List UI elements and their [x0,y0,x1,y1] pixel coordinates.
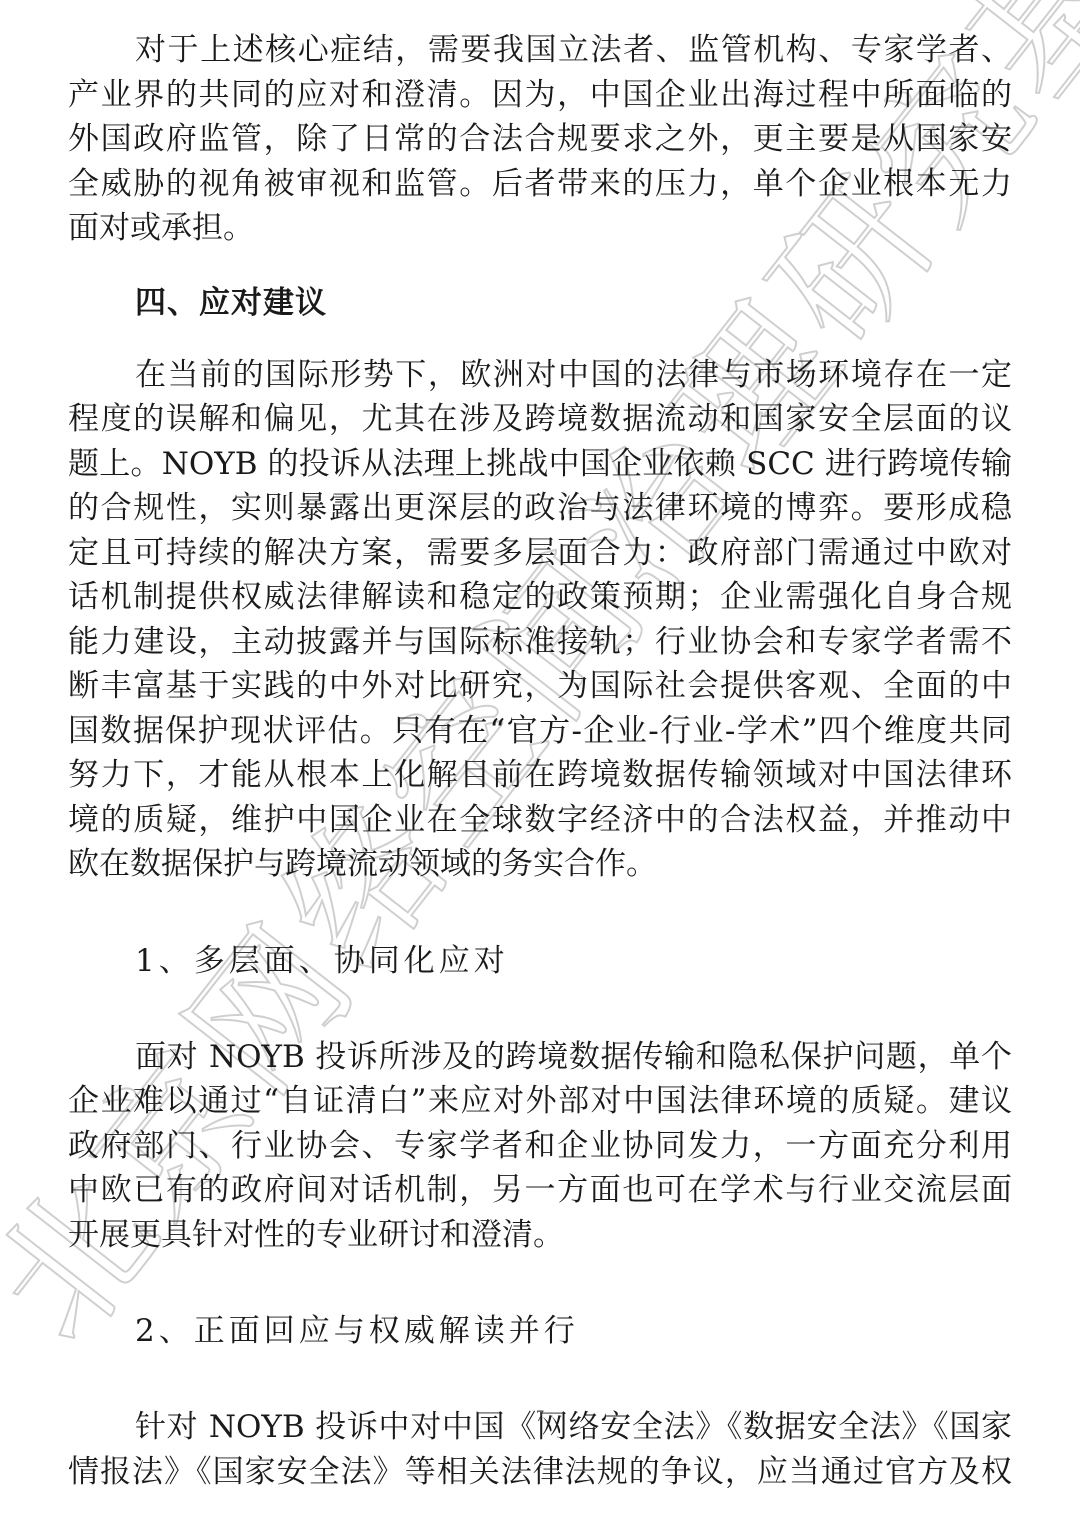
text-line: 面对 NOYB 投诉所涉及的跨境数据传输和隐私保护问题，单个 [68,1035,1012,1080]
text-line: 断丰富基于实践的中外对比研究，为国际社会提供客观、全面的中 [68,664,1012,709]
paragraph-overview: 在当前的国际形势下，欧洲对中国的法律与市场环境存在一定 程度的误解和偏见，尤其在… [68,353,1012,887]
text-line: 题上。NOYB 的投诉从法理上挑战中国企业依赖 SCC 进行跨境传输 [68,442,1012,487]
document-page: 北京网络空间治理研究基地 对于上述核心症结，需要我国立法者、监管机构、专家学者、… [0,0,1080,1527]
text-line: 开展更具针对性的专业研讨和澄清。 [68,1213,1012,1258]
text-line: 定且可持续的解决方案，需要多层面合力：政府部门需通过中欧对 [68,531,1012,576]
text-line: 努力下，才能从根本上化解目前在跨境数据传输领域对中国法律环 [68,753,1012,798]
text-line: 境的质疑，维护中国企业在全球数字经济中的合法权益，并推动中 [68,798,1012,843]
subsection-heading-1: 1、多层面、协同化应对 [68,939,1012,983]
subsection-heading-2: 2、正面回应与权威解读并行 [68,1309,1012,1353]
text-line: 产业界的共同的应对和澄清。因为，中国企业出海过程中所面临的 [68,73,1012,118]
text-line: 企业难以通过“自证清白”来应对外部对中国法律环境的质疑。建议 [68,1079,1012,1124]
text-line: 对于上述核心症结，需要我国立法者、监管机构、专家学者、 [68,28,1012,73]
text-line: 面对或承担。 [68,206,1012,251]
text-line: 情报法》《国家安全法》等相关法律法规的争议，应当通过官方及权 [68,1450,1012,1495]
text-line: 政府部门、行业协会、专家学者和企业协同发力，一方面充分利用 [68,1124,1012,1169]
text-line: 在当前的国际形势下，欧洲对中国的法律与市场环境存在一定 [68,353,1012,398]
text-line: 国数据保护现状评估。只有在“官方-企业-行业-学术”四个维度共同 [68,709,1012,754]
text-line: 全威胁的视角被审视和监管。后者带来的压力，单个企业根本无力 [68,162,1012,207]
section-heading: 四、应对建议 [68,281,1012,325]
document-body: 对于上述核心症结，需要我国立法者、监管机构、专家学者、 产业界的共同的应对和澄清… [68,28,1012,1494]
text-line: 外国政府监管，除了日常的合法合规要求之外，更主要是从国家安 [68,117,1012,162]
text-line: 能力建设，主动披露并与国际标准接轨；行业协会和专家学者需不 [68,620,1012,665]
text-line: 的合规性，实则暴露出更深层的政治与法律环境的博弈。要形成稳 [68,486,1012,531]
paragraph-subsection-1: 面对 NOYB 投诉所涉及的跨境数据传输和隐私保护问题，单个 企业难以通过“自证… [68,1035,1012,1258]
text-line: 话机制提供权威法律解读和稳定的政策预期；企业需强化自身合规 [68,575,1012,620]
text-line: 程度的误解和偏见，尤其在涉及跨境数据流动和国家安全层面的议 [68,397,1012,442]
text-line: 欧在数据保护与跨境流动领域的务实合作。 [68,842,1012,887]
paragraph-intro: 对于上述核心症结，需要我国立法者、监管机构、专家学者、 产业界的共同的应对和澄清… [68,28,1012,251]
text-line: 中欧已有的政府间对话机制，另一方面也可在学术与行业交流层面 [68,1168,1012,1213]
page-number: 7 [0,1408,1080,1426]
